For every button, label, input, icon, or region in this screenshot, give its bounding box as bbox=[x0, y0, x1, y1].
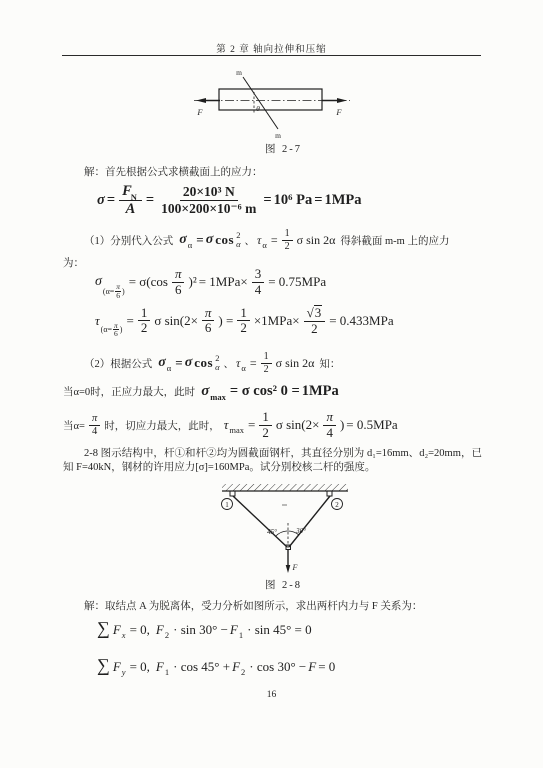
force-label-left: F bbox=[196, 107, 203, 117]
solution-step1-wrap: 为： bbox=[63, 255, 84, 270]
cos-sup-sub: 2α bbox=[215, 354, 219, 372]
bar-outline bbox=[219, 89, 322, 110]
tau-pi6-formula: τ (α= π6 ) = 12 σ sin(2× π6 ) = 12 ×1MPa… bbox=[95, 305, 394, 337]
cos-sup-sub: 2α bbox=[236, 231, 240, 249]
figure-2-7-caption: 图 2-7 bbox=[0, 141, 543, 156]
solution-2-7-intro: 解：首先根据公式求横截面上的应力： bbox=[84, 164, 263, 179]
left-arrowhead bbox=[196, 98, 206, 103]
alpha-pi6-subscript: (α= π6 ) bbox=[101, 322, 123, 339]
page-number: 16 bbox=[0, 690, 543, 700]
force-label-right: F bbox=[335, 107, 342, 117]
alpha-pi6-subscript: (α= π6 ) bbox=[103, 283, 125, 300]
solution-2-8-intro: 解：取结点 A 为脱离体，受力分析如图所示，求出两杆内力与 F 关系为： bbox=[84, 598, 422, 613]
equilibrium-eq-y: ∑ F y = 0, F 1 · cos 45° + F 2 · cos 30°… bbox=[97, 656, 335, 677]
section-label-top: m bbox=[236, 68, 242, 77]
numeric-fraction: 20×10³ N 100×200×10⁻⁶ m bbox=[158, 184, 259, 216]
alpha-pi4-line: 当α= π 4 时，切应力最大，此时， τ max = 1 2 σ sin(2×… bbox=[63, 410, 398, 441]
section-line-mm bbox=[243, 77, 278, 129]
sum-symbol: ∑ bbox=[97, 655, 110, 676]
alpha-zero-line: 当α=0时，正应力最大，此时 σ max = σ cos² 0 = 1MPa bbox=[63, 383, 339, 400]
rod-2 bbox=[289, 496, 330, 547]
document-page: 第 2 章 轴向拉伸和压缩 F F m m θ 图 2-7 解：首先根据公式求横… bbox=[0, 0, 543, 768]
figure-2-8-caption: 图 2-8 bbox=[0, 577, 543, 592]
stress-formula: σ = FN A = 20×10³ N 100×200×10⁻⁶ m = 10⁶… bbox=[97, 183, 362, 217]
sum-symbol: ∑ bbox=[97, 618, 110, 639]
fn-over-a-fraction: FN A bbox=[119, 183, 142, 217]
header-rule bbox=[62, 55, 481, 56]
solution-step1-line: （1）分别代入公式 σ α = σ cos 2α 、 τ α = 1 2 σ s… bbox=[84, 228, 449, 252]
half-fraction: 1 2 bbox=[282, 228, 293, 252]
left-anchor-pin bbox=[230, 491, 235, 496]
chapter-header: 第 2 章 轴向拉伸和压缩 bbox=[0, 41, 543, 55]
angle-45-label: 45° bbox=[267, 528, 277, 536]
problem-2-8-text: 2-8 图示结构中，杆①和杆②均为圆截面钢杆，其直径分别为 d₁=16mm、d₂… bbox=[63, 447, 482, 475]
right-arrowhead bbox=[337, 98, 347, 103]
rod-2-number: 2 bbox=[335, 501, 339, 509]
ceiling-hatch bbox=[222, 484, 348, 491]
rod-1-number: 1 bbox=[225, 501, 229, 509]
figure-2-8-truss-diagram: 1 2 45° 30° F bbox=[193, 481, 368, 577]
solution-step2-line: （2）根据公式 σ α = σ cos 2α 、 τ α = 1 2 σ sin… bbox=[84, 351, 340, 375]
sqrt3-over-2: √3 2 bbox=[304, 305, 326, 337]
equilibrium-eq-x: ∑ F x = 0, F 2 · sin 30° − F 1 · sin 45°… bbox=[97, 619, 312, 640]
rod-1 bbox=[233, 496, 287, 547]
section-label-bottom: m bbox=[275, 131, 281, 140]
right-anchor-pin bbox=[327, 491, 332, 496]
force-arrowhead bbox=[286, 565, 291, 573]
force-label: F bbox=[292, 563, 298, 572]
angle-30-label: 30° bbox=[295, 527, 306, 535]
figure-2-7-bar-diagram: F F m m θ bbox=[166, 66, 378, 142]
angle-theta-label: θ bbox=[256, 104, 260, 113]
sigma-pi6-formula: σ (α= π6 ) = σ(cos π6 )² = 1MPa× 34 = 0.… bbox=[95, 267, 326, 298]
